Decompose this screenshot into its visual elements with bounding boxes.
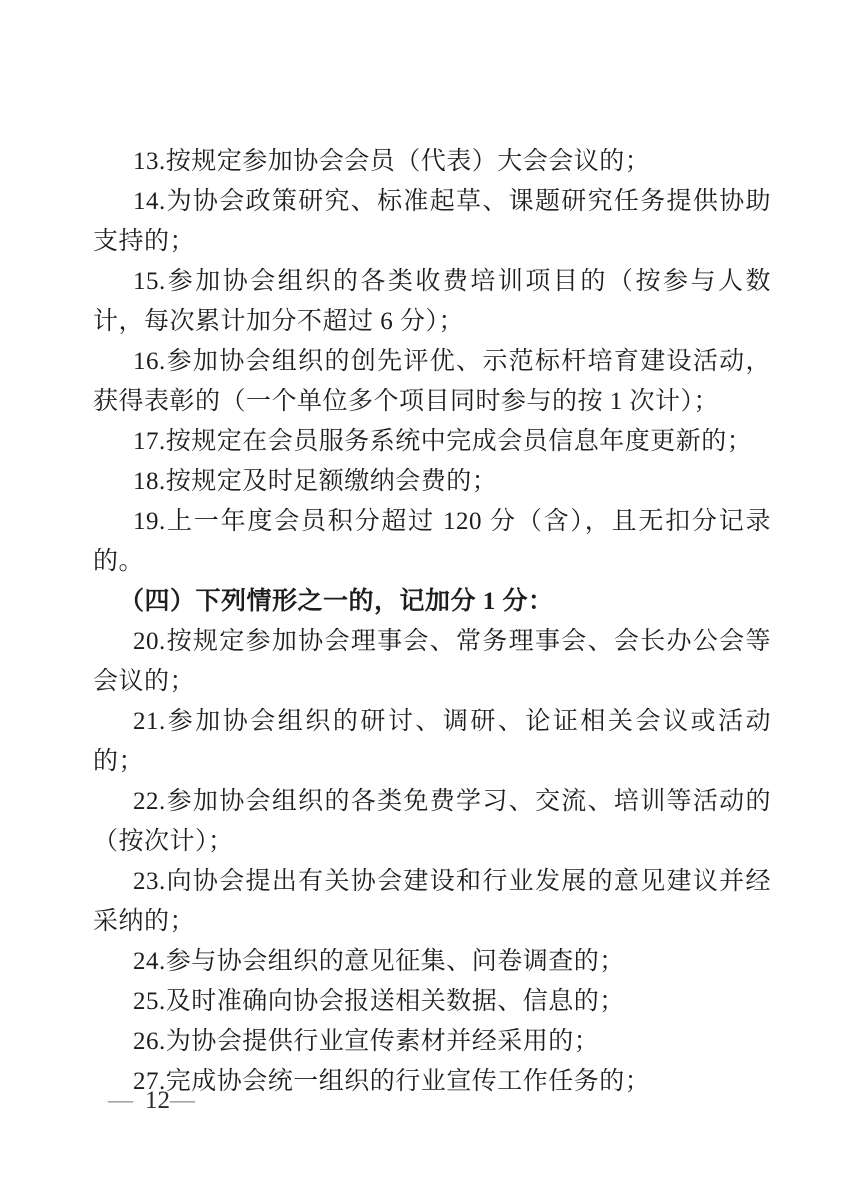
list-item-22: 22.参加协会组织的各类免费学习、交流、培训等活动的（按次计）； (93, 782, 771, 862)
page-footer: —12— (108, 1086, 195, 1116)
list-item-16: 16.参加协会组织的创先评优、示范标杆培育建设活动，获得表彰的（一个单位多个项目… (93, 342, 771, 422)
list-item-17: 17.按规定在会员服务系统中完成会员信息年度更新的； (93, 422, 771, 462)
list-item-21: 21.参加协会组织的研讨、调研、论证相关会议或活动的； (93, 702, 771, 782)
section-heading-4: （四）下列情形之一的，记加分 1 分： (93, 582, 771, 622)
page-number: 12 (145, 1087, 170, 1114)
list-item-15: 15.参加协会组织的各类收费培训项目的（按参与人数计，每次累计加分不超过 6 分… (93, 262, 771, 342)
list-item-19: 19.上一年度会员积分超过 120 分（含），且无扣分记录的。 (93, 502, 771, 582)
list-item-26: 26.为协会提供行业宣传素材并经采用的； (93, 1022, 771, 1062)
list-item-14: 14.为协会政策研究、标准起草、课题研究任务提供协助支持的； (93, 182, 771, 262)
footer-left-dash: — (108, 1087, 133, 1114)
list-item-25: 25.及时准确向协会报送相关数据、信息的； (93, 982, 771, 1022)
list-item-18: 18.按规定及时足额缴纳会费的； (93, 462, 771, 502)
footer-right-dash: — (170, 1087, 195, 1114)
list-item-20: 20.按规定参加协会理事会、常务理事会、会长办公会等会议的； (93, 622, 771, 702)
list-item-13: 13.按规定参加协会会员（代表）大会会议的； (93, 142, 771, 182)
document-page: 13.按规定参加协会会员（代表）大会会议的； 14.为协会政策研究、标准起草、课… (0, 0, 850, 1203)
document-body: 13.按规定参加协会会员（代表）大会会议的； 14.为协会政策研究、标准起草、课… (93, 142, 771, 1102)
list-item-23: 23.向协会提出有关协会建设和行业发展的意见建议并经采纳的； (93, 862, 771, 942)
list-item-24: 24.参与协会组织的意见征集、问卷调查的； (93, 942, 771, 982)
